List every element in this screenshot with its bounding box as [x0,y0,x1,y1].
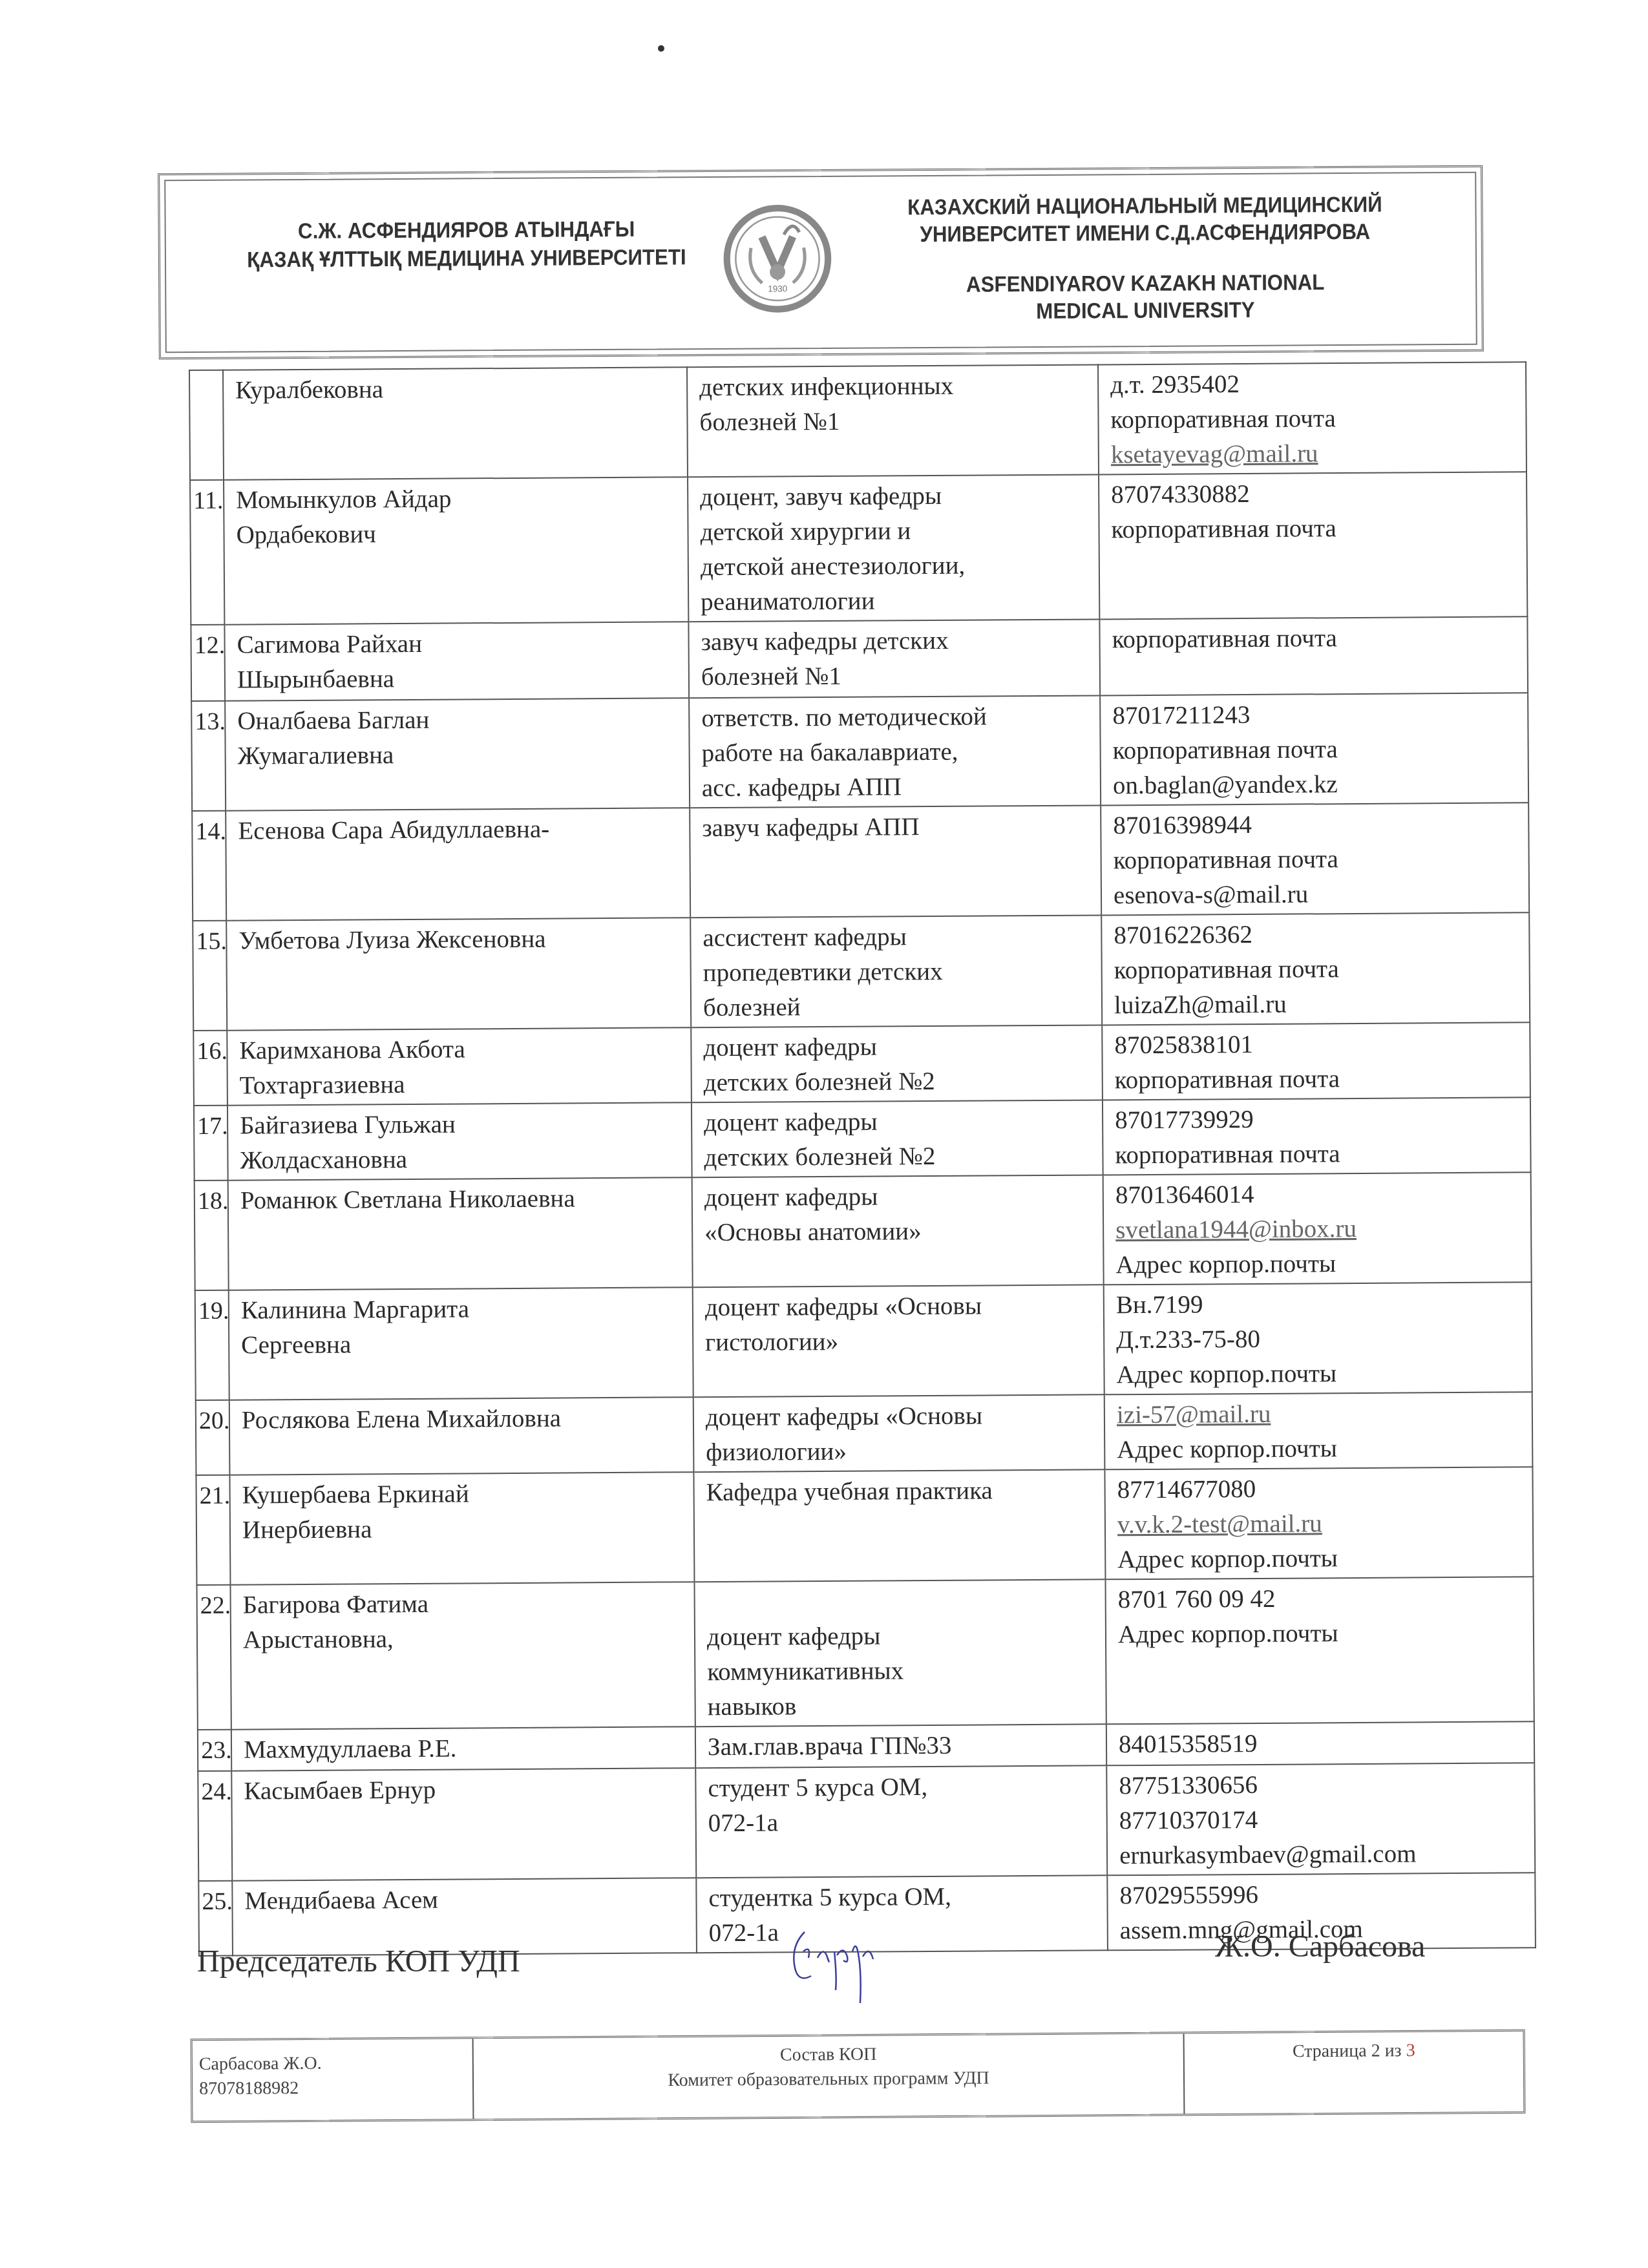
contact-line: корпоративная почта [1112,731,1516,768]
contact-line: корпоративная почта [1114,950,1517,988]
member-contacts: 87017739929корпоративная почта [1103,1097,1531,1175]
name-line: Куралбековна [235,370,675,408]
position-line: реаниматологии [701,583,1087,620]
email-link[interactable]: svetlana1944@inbox.ru [1115,1210,1519,1248]
member-position: доцент кафедры «Основыгистологии» [693,1285,1104,1397]
name-line: Рослякова Елена Михайловна [242,1400,681,1438]
member-contacts: 87016398944корпоративная почтаesenova-s@… [1101,803,1529,915]
row-number: 13. [191,701,226,811]
scan-speck [658,45,664,52]
member-contacts: 8701 760 09 42Адрес корпор.почты [1105,1577,1534,1724]
position-line: болезней №1 [701,658,1088,695]
member-name: Рослякова Елена Михайловна [229,1397,694,1475]
contact-line: д.т. 2935402 [1110,365,1514,403]
signatory-name: Ж.О. Сарбасова [1215,1929,1425,1964]
position-line: доцент кафедры [704,1103,1090,1140]
contact-line: 87017739929 [1115,1100,1518,1138]
table-row: 22.Багирова ФатимаАрыстановна, доцент ка… [196,1577,1534,1730]
position-line: детских болезней №2 [704,1064,1090,1101]
table-row: 17.Байгазиева ГульжанЖолдасхановнадоцент… [194,1097,1531,1181]
position-line: завуч кафедры детских [701,623,1087,660]
row-number: 20. [196,1400,230,1475]
position-line: студентка 5 курса ОМ, [708,1878,1095,1916]
member-position: Зам.глав.врача ГП№33 [695,1724,1106,1768]
member-name: Есенова Сара Абидуллаевна- [226,808,690,920]
member-name: Кушербаева ЕркинайИнербиевна [229,1472,694,1584]
position-line: завуч кафедры АПП [702,809,1088,846]
name-line: Арыстановна, [243,1620,682,1657]
contact-line: 87714677080 [1117,1470,1520,1507]
row-number: 15. [193,921,227,1031]
contact-line: 87016226362 [1114,916,1517,953]
committee-members-table: Куралбековнадетских инфекционныхболезней… [189,361,1535,1957]
name-line: Жолдасхановна [240,1140,679,1178]
name-line: Сергеевна [241,1325,681,1363]
header-ru-line-2: УНИВЕРСИТЕТ ИМЕНИ С.Д.АСФЕНДИЯРОВА [878,218,1413,248]
name-line: Тохтаргазиевна [240,1066,679,1103]
name-line: Каримханова Акбота [239,1031,679,1068]
page-separator: из [1384,2041,1401,2061]
name-line: Байгазиева Гульжан [240,1106,679,1143]
row-number [189,370,224,480]
member-position: ассистент кафедрыпропедевтики детскихбол… [690,915,1102,1027]
position-line: Зам.глав.врача ГП№33 [708,1727,1094,1765]
member-name: Касымбаев Ернур [231,1768,696,1880]
member-position: доцент кафедры«Основы анатомии» [692,1175,1104,1287]
contact-line: корпоративная почта [1112,620,1515,657]
table-row: 15.Умбетова Луиза Жексеновнаассистент ка… [193,912,1530,1031]
footer-document-title: Состав КОП Комитет образовательных прогр… [474,2033,1185,2119]
table-row: Куралбековнадетских инфекционныхболезней… [189,362,1527,480]
member-position: ответств. по методическойработе на бакал… [689,695,1101,808]
letterhead: С.Ж. АСФЕНДИЯРОВ АТЫНДАҒЫ ҚАЗАҚ ҰЛТТЫҚ М… [158,165,1484,360]
name-line: Романюк Светлана Николаевна [240,1181,680,1218]
contact-line: 84015358519 [1119,1725,1522,1762]
member-position: доцент кафедрыкоммуникативныхнавыков [694,1579,1106,1727]
member-name: Сагимова РайханШырынбаевна [224,622,689,700]
member-position: доцент кафедрыдетских болезней №2 [691,1025,1103,1102]
row-number: 14. [192,811,226,921]
member-name: Махмудуллаева Р.Е. [231,1727,695,1770]
contact-line: 87013646014 [1115,1175,1519,1213]
position-line [707,1582,1093,1620]
member-position: детских инфекционныхболезней №1 [687,364,1099,477]
name-line: Момынкулов Айдар [236,480,675,518]
contact-line: Д.т.233-75-80 [1116,1320,1519,1358]
contact-line: корпоративная почта [1115,1135,1518,1173]
contact-line: 87074330882 [1111,475,1514,512]
position-line: доцент кафедры «Основы [706,1398,1092,1435]
name-line: Кушербаева Еркинай [242,1475,681,1513]
table-row: 14.Есенова Сара Абидуллаевна-завуч кафед… [192,803,1529,921]
member-name: Калинина МаргаритаСергеевна [229,1287,693,1400]
contact-line: корпоративная почта [1115,1060,1518,1098]
row-number: 19. [195,1290,229,1400]
position-line: пропедевтики детских [703,954,1090,991]
name-line: Сагимова Райхан [237,625,676,662]
row-number: 17. [194,1106,228,1181]
svg-text:1930: 1930 [768,284,788,293]
contact-line: Адрес корпор.почты [1117,1430,1520,1467]
name-line: Инербиевна [242,1510,682,1548]
member-contacts: корпоративная почта [1099,616,1528,695]
position-line: доцент, завуч кафедры [700,478,1086,516]
name-line: Есенова Сара Абидуллаевна- [238,811,677,848]
contact-line: Вн.7199 [1116,1285,1519,1323]
contact-line: Адрес корпор.почты [1115,1245,1519,1283]
position-line: детской хирургии и [700,513,1086,551]
table-row: 21.Кушербаева ЕркинайИнербиевнаКафедра у… [196,1467,1533,1585]
table-row: 20.Рослякова Елена Михайловнадоцент кафе… [196,1392,1533,1475]
member-position: завуч кафедры АПП [690,805,1101,918]
footer-author-phone: 87078188982 [199,2075,466,2101]
name-line: Махмудуллаева Р.Е. [244,1730,683,1767]
email-link[interactable]: izi-57@mail.ru [1117,1395,1520,1433]
position-line: работе на бакалавриате, [701,734,1088,772]
name-line: Касымбаев Ернур [244,1771,683,1809]
contact-line: корпоративная почта [1114,841,1517,878]
header-kazakh-name: С.Ж. АСФЕНДИЯРОВ АТЫНДАҒЫ ҚАЗАҚ ҰЛТТЫҚ М… [199,215,735,275]
contact-line: корпоративная почта [1111,510,1514,547]
header-kz-line-2: ҚАЗАҚ ҰЛТТЫҚ МЕДИЦИНА УНИВЕРСИТЕТІ [199,243,734,275]
table-row: 18.Романюк Светлана Николаевнадоцент каф… [195,1172,1532,1290]
footer-author: Сарбасова Ж.О. 87078188982 [193,2039,474,2121]
position-line: детских болезней №2 [704,1138,1090,1175]
footer-author-name: Сарбасова Ж.О. [199,2050,466,2077]
member-contacts: 87714677080v.v.k.2-test@mail.ruАдрес кор… [1104,1467,1533,1579]
member-position: доцент, завуч кафедрыдетской хирургии ид… [688,474,1099,622]
header-en-line-2: MEDICAL UNIVERSITY [878,295,1413,326]
position-line: студент 5 курса ОМ, [708,1769,1094,1806]
member-contacts: izi-57@mail.ruАдрес корпор.почты [1104,1392,1533,1469]
page-total: 3 [1406,2041,1415,2061]
member-name: Багирова ФатимаАрыстановна, [230,1582,695,1729]
table-row: 12.Сагимова РайханШырынбаевназавуч кафед… [191,616,1528,701]
position-line: гистологии» [705,1323,1092,1360]
position-line: детской анестезиологии, [701,548,1087,585]
contact-line: 87751330656 [1119,1766,1522,1803]
position-line: ассистент кафедры [703,919,1089,956]
position-line: ответств. по методической [701,699,1088,737]
member-position: Кафедра учебная практика [693,1469,1105,1582]
contact-line: 87017211243 [1112,696,1516,733]
member-position: доцент кафедры «Основыфизиологии» [693,1394,1105,1472]
position-line: доцент кафедры [704,1178,1091,1215]
contact-line: Адрес корпор.почты [1116,1355,1519,1392]
name-line: Багирова Фатима [243,1585,682,1622]
member-contacts: 8775133065687710370174ernurkasymbaev@gma… [1106,1763,1535,1875]
name-line: Ордабекович [236,515,675,552]
row-number: 12. [191,625,225,701]
contact-line: 87016398944 [1113,806,1516,843]
contact-line: 8701 760 09 42 [1117,1580,1521,1617]
position-line: «Основы анатомии» [704,1213,1091,1250]
header-russian-english-name: КАЗАХСКИЙ НАЦИОНАЛЬНЫЙ МЕДИЦИНСКИЙ УНИВЕ… [877,191,1413,326]
university-seal-icon: 1930 [722,204,832,314]
position-line: 072-1а [708,1803,1095,1841]
header-ru-line-1: КАЗАХСКИЙ НАЦИОНАЛЬНЫЙ МЕДИЦИНСКИЙ [877,191,1412,221]
position-line: доцент кафедры [703,1029,1090,1066]
position-line: 072-1а [709,1913,1095,1951]
member-position: доцент кафедрыдетских болезней №2 [692,1100,1103,1177]
contact-line: 87029555996 [1119,1876,1523,1913]
member-contacts: 87013646014svetlana1944@inbox.ruАдрес ко… [1103,1172,1532,1285]
member-contacts: 87025838101корпоративная почта [1102,1022,1530,1100]
contact-line: 87025838101 [1114,1025,1517,1063]
name-line: Жумагалиевна [237,736,677,773]
position-line: доцент кафедры [707,1617,1093,1655]
footer-page-number: Страница 2 из 3 [1185,2032,1524,2114]
page-label: Страница [1293,2041,1367,2062]
member-name: Момынкулов АйдарОрдабекович [224,477,688,624]
row-number: 18. [195,1181,229,1290]
member-name: Каримханова АкботаТохтаргазиевна [227,1027,692,1105]
position-line: болезней №1 [699,403,1086,441]
member-contacts: Вн.7199Д.т.233-75-80Адрес корпор.почты [1104,1282,1532,1394]
table-row: 16.Каримханова АкботаТохтаргазиевнадоцен… [193,1022,1530,1106]
member-contacts: 87074330882корпоративная почта [1099,472,1527,619]
contact-line: ernurkasymbaev@gmail.com [1119,1836,1523,1873]
member-contacts: 87017211243корпоративная почтаon.baglan@… [1100,693,1528,805]
contact-line: корпоративная почта [1110,400,1514,437]
contact-line: Адрес корпор.почты [1117,1540,1521,1577]
contact-line: on.baglan@yandex.kz [1113,766,1516,803]
name-line: Шырынбаевна [237,660,677,697]
position-line: коммуникативных [707,1652,1093,1690]
document-footer: Сарбасова Ж.О. 87078188982 Состав КОП Ко… [191,2030,1526,2123]
member-name: Оналбаева БагланЖумагалиевна [225,698,690,810]
position-line: физиологии» [706,1433,1092,1470]
table-row: 19.Калинина МаргаритаСергеевнадоцент каф… [195,1282,1532,1400]
email-link[interactable]: ksetayevag@mail.ru [1111,435,1514,472]
member-position: завуч кафедры детскихболезней №1 [688,619,1100,698]
position-line: детских инфекционных [699,368,1086,406]
position-line: навыков [707,1687,1093,1725]
member-name: Байгазиева ГульжанЖолдасхановна [227,1102,692,1180]
handwritten-signature-icon [785,1919,902,2010]
name-line: Калинина Маргарита [241,1290,681,1328]
name-line: Мендибаева Асем [244,1881,684,1918]
row-number: 24. [198,1771,232,1881]
table-row: 24.Касымбаев Ернурстудент 5 курса ОМ,072… [198,1763,1535,1881]
email-link[interactable]: v.v.k.2-test@mail.ru [1117,1505,1521,1542]
member-position: студент 5 курса ОМ,072-1а [695,1765,1107,1878]
member-name: Романюк Светлана Николаевна [228,1177,693,1290]
table-row: 11.Момынкулов АйдарОрдабековичдоцент, за… [190,472,1527,625]
row-number: 11. [190,480,224,625]
contact-line: 87710370174 [1119,1801,1523,1838]
signature-title: Председатель КОП УДП [197,1944,520,1979]
contact-line: esenova-s@mail.ru [1114,876,1517,913]
contact-line: Адрес корпор.почты [1118,1615,1521,1652]
name-line: Оналбаева Баглан [237,701,677,739]
position-line: асс. кафедры АПП [702,769,1088,806]
page-current: 2 [1371,2041,1380,2061]
position-line: доцент кафедры «Основы [705,1288,1092,1325]
header-kz-line-1: С.Ж. АСФЕНДИЯРОВ АТЫНДАҒЫ [199,215,734,246]
row-number: 22. [196,1585,231,1730]
name-line: Умбетова Луиза Жексеновна [238,921,678,958]
position-line: болезней [703,989,1090,1026]
row-number: 21. [196,1475,230,1585]
member-name: Куралбековна [223,367,688,479]
member-contacts: 84015358519 [1106,1721,1534,1765]
table-row: 13.Оналбаева БагланЖумагалиевнаответств.… [191,693,1528,811]
member-position: студентка 5 курса ОМ,072-1а [696,1875,1108,1953]
header-en-line-1: ASFENDIYAROV KAZAKH NATIONAL [878,268,1413,299]
footer-doc-subtitle: Комитет образовательных программ УДП [480,2065,1177,2095]
member-name: Умбетова Луиза Жексеновна [226,918,691,1030]
row-number: 23. [198,1730,231,1771]
row-number: 16. [193,1031,227,1106]
member-contacts: 87016226362корпоративная почтаluizaZh@ma… [1101,912,1530,1025]
contact-line: luizaZh@mail.ru [1114,985,1517,1023]
position-line: Кафедра учебная практика [706,1473,1092,1510]
member-contacts: д.т. 2935402 корпоративная почтаksetayev… [1098,362,1527,474]
